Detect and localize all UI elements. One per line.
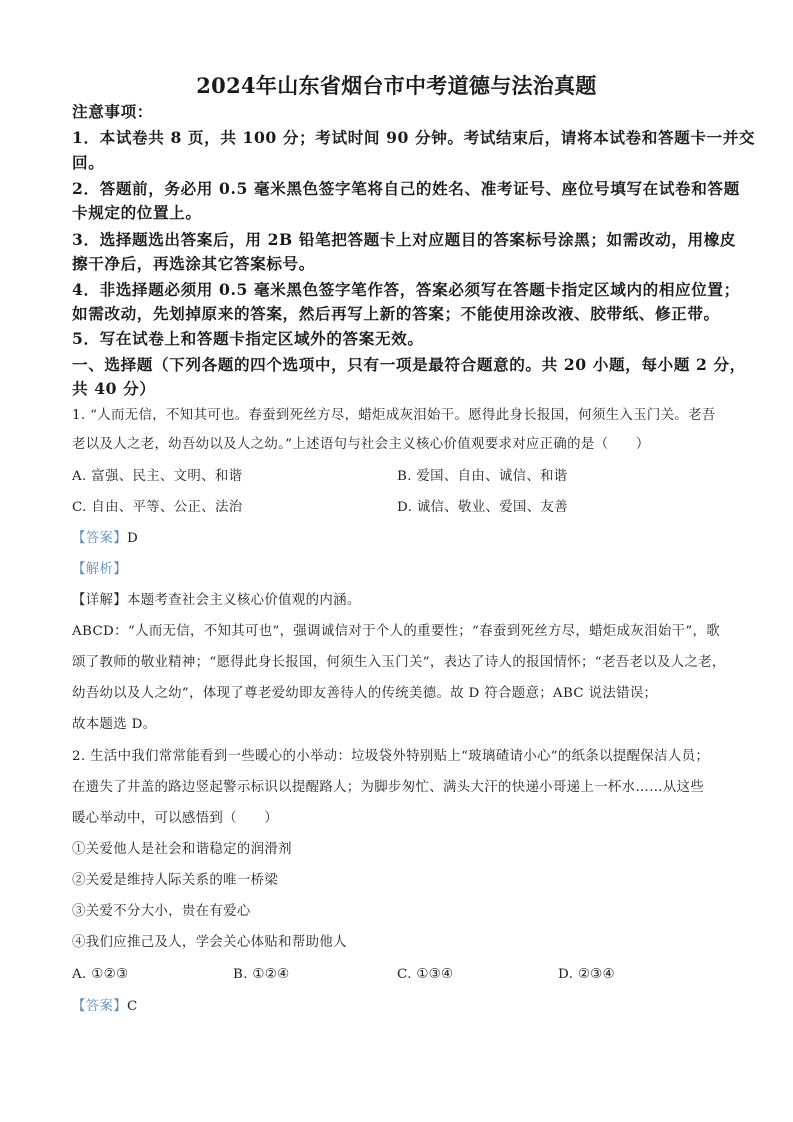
q2-stem: 2. 生活中我们常常能看到一些暖心的小举动：垃圾袋外特别贴上“玻璃碴请小心”的纸…: [72, 747, 724, 767]
notice-line: 擦干净后，再选涂其它答案标号。: [72, 253, 724, 275]
q1-stem: 老以及人之老，幼吾幼以及人之幼。”上述语句与社会主义核心价值观要求对应正确的是（…: [72, 435, 724, 455]
notice-line: 如需改动，先划掉原来的答案，然后再写上新的答案；不能使用涂改液、胶带纸、修正带。: [72, 303, 724, 325]
q1-analysis: 【解析】: [72, 560, 724, 580]
q1-option-c: C. 自由、平等、公正、法治: [72, 498, 242, 518]
detail-tag: 【详解】: [72, 593, 127, 608]
notice-heading: 注意事项：: [72, 101, 724, 123]
q2-option-a: A. ①②③: [72, 965, 128, 985]
section-heading: 共 40 分）: [72, 378, 724, 400]
q1-detail-line: 故本题选 D。: [72, 715, 724, 735]
answer-value: C: [127, 999, 138, 1014]
analysis-tag: 【解析】: [72, 562, 127, 577]
section-heading: 一、选择题（下列各题的四个选项中，只有一项是最符合题意的。共 20 小题，每小题…: [72, 354, 724, 376]
q1-option-d: D. 诚信、敬业、爱国、友善: [397, 498, 568, 518]
q1-stem: 1. “人而无信，不知其可也。春蚕到死丝方尽，蜡炬成灰泪始干。愿得此身长报国，何…: [72, 406, 724, 426]
q1-detail-line: ABCD：“人而无信，不知其可也”，强调诚信对于个人的重要性；“春蚕到死丝方尽，…: [72, 622, 724, 642]
q2-option-b: B. ①②④: [233, 965, 289, 985]
q2-statement: ④我们应推己及人，学会关心体贴和帮助他人: [72, 933, 724, 953]
notice-line: 卡规定的位置上。: [72, 202, 724, 224]
answer-tag: 【答案】: [72, 531, 127, 546]
q2-option-c: C. ①③④: [397, 965, 453, 985]
answer-tag: 【答案】: [72, 999, 127, 1014]
notice-line: 1．本试卷共 8 页，共 100 分；考试时间 90 分钟。考试结束后，请将本试…: [72, 127, 724, 149]
detail-text: 本题考查社会主义核心价值观的内涵。: [127, 593, 361, 608]
q1-option-b: B. 爱国、自由、诚信、和谐: [397, 467, 568, 487]
q1-detail: 【详解】本题考查社会主义核心价值观的内涵。: [72, 591, 724, 611]
notice-line: 2．答题前，务必用 0.5 毫米黑色签字笔将自己的姓名、准考证号、座位号填写在试…: [72, 178, 724, 200]
answer-value: D: [127, 531, 138, 546]
q1-answer: 【答案】D: [72, 529, 724, 549]
notice-line: 回。: [72, 152, 724, 174]
notice-line: 3．选择题选出答案后，用 2B 铅笔把答题卡上对应题目的答案标号涂黑；如需改动，…: [72, 229, 724, 251]
notice-line: 5．写在试卷上和答题卡指定区域外的答案无效。: [72, 328, 724, 350]
q2-statement: ③关爱不分大小，贵在有爱心: [72, 902, 724, 922]
exam-page: 2024年山东省烟台市中考道德与法治真题 注意事项： 1．本试卷共 8 页，共 …: [0, 0, 793, 1122]
page-title: 2024年山东省烟台市中考道德与法治真题: [0, 70, 793, 100]
q2-statement: ①关爱他人是社会和谐稳定的润滑剂: [72, 840, 724, 860]
q2-stem: 暖心举动中，可以感悟到（ ）: [72, 809, 724, 829]
notice-line: 4．非选择题必须用 0.5 毫米黑色签字笔作答，答案必须写在答题卡指定区域内的相…: [72, 279, 724, 301]
q2-answer: 【答案】C: [72, 997, 724, 1017]
q2-stem: 在遗失了井盖的路边竖起警示标识以提醒路人；为脚步匆忙、满头大汗的快递小哥递上一杯…: [72, 778, 724, 798]
q2-option-d: D. ②③④: [558, 965, 615, 985]
q1-detail-line: 幼吾幼以及人之幼”，体现了尊老爱幼即友善待人的传统美德。故 D 符合题意；ABC…: [72, 684, 724, 704]
q2-statement: ②关爱是维持人际关系的唯一桥梁: [72, 871, 724, 891]
q1-option-a: A. 富强、民主、文明、和谐: [72, 467, 242, 487]
q1-detail-line: 颂了教师的敬业精神；“愿得此身长报国，何须生入玉门关”，表达了诗人的报国情怀；“…: [72, 653, 724, 673]
